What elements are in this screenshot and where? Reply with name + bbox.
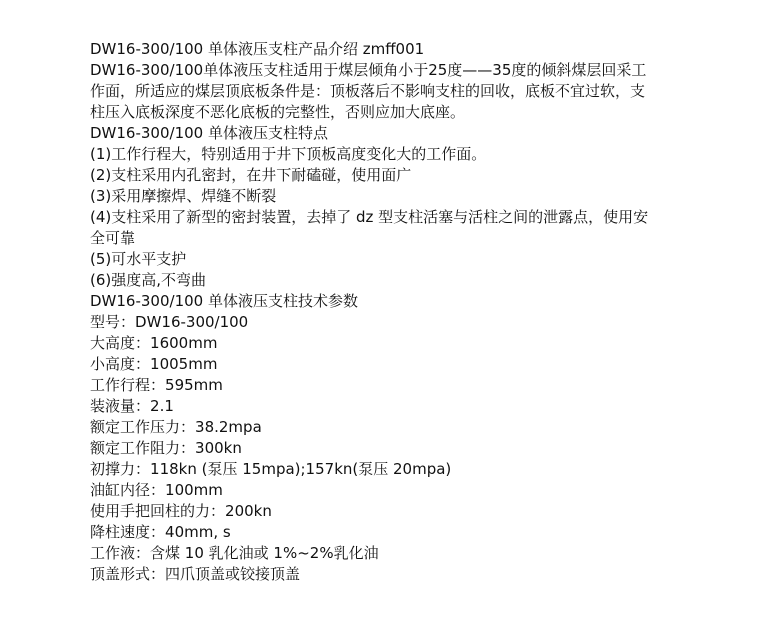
spec-row: 初撑力：118kn (泵压 15mpa);157kn(泵压 20mpa)	[90, 459, 650, 480]
spec-value: 200kn	[225, 502, 272, 520]
spec-value: 118kn (泵压 15mpa);157kn(泵压 20mpa)	[150, 460, 451, 478]
spec-separator: ：	[120, 313, 135, 331]
spec-label: 顶盖形式	[90, 565, 150, 583]
spec-row: 大高度：1600mm	[90, 333, 650, 354]
spec-separator: ：	[135, 544, 150, 562]
features-heading: DW16-300/100 单体液压支柱特点	[90, 123, 650, 144]
spec-label: 初撑力	[90, 460, 135, 478]
feature-item: (5)可水平支护	[90, 249, 650, 270]
spec-label: 油缸内径	[90, 481, 150, 499]
spec-separator: ：	[180, 418, 195, 436]
spec-value: 1005mm	[150, 355, 217, 373]
spec-value: 40mm, s	[165, 523, 231, 541]
spec-value: 595mm	[165, 376, 223, 394]
spec-separator: ：	[150, 481, 165, 499]
feature-item: (3)采用摩擦焊、焊缝不断裂	[90, 186, 650, 207]
feature-item: (4)支柱采用了新型的密封装置，去掉了 dz 型支柱活塞与活柱之间的泄露点，使用…	[90, 207, 650, 249]
spec-row: 额定工作阻力：300kn	[90, 438, 650, 459]
spec-row: 工作行程：595mm	[90, 375, 650, 396]
spec-separator: ：	[135, 397, 150, 415]
feature-item: (6)强度高,不弯曲	[90, 270, 650, 291]
spec-row: 工作液：含煤 10 乳化油或 1%~2%乳化油	[90, 543, 650, 564]
spec-separator: ：	[150, 565, 165, 583]
spec-label: 装液量	[90, 397, 135, 415]
spec-label: 大高度	[90, 334, 135, 352]
feature-item: (2)支柱采用内孔密封，在井下耐磕碰，使用面广	[90, 165, 650, 186]
document-body: DW16-300/100 单体液压支柱产品介绍 zmff001 DW16-300…	[90, 39, 650, 585]
spec-label: 降柱速度	[90, 523, 150, 541]
spec-label: 型号	[90, 313, 120, 331]
spec-row: 额定工作压力：38.2mpa	[90, 417, 650, 438]
spec-label: 工作液	[90, 544, 135, 562]
spec-label: 小高度	[90, 355, 135, 373]
feature-item: (1)工作行程大，特别适用于井下顶板高度变化大的工作面。	[90, 144, 650, 165]
spec-value: 38.2mpa	[195, 418, 262, 436]
document-title: DW16-300/100 单体液压支柱产品介绍 zmff001	[90, 39, 650, 60]
spec-label: 使用手把回柱的力	[90, 502, 210, 520]
spec-row: 顶盖形式：四爪顶盖或铰接顶盖	[90, 564, 650, 585]
spec-separator: ：	[150, 376, 165, 394]
spec-value: 含煤 10 乳化油或 1%~2%乳化油	[150, 544, 379, 562]
spec-value: DW16-300/100	[135, 313, 248, 331]
spec-separator: ：	[180, 439, 195, 457]
spec-separator: ：	[210, 502, 225, 520]
specs-heading: DW16-300/100 单体液压支柱技术参数	[90, 291, 650, 312]
spec-label: 额定工作压力	[90, 418, 180, 436]
spec-value: 四爪顶盖或铰接顶盖	[165, 565, 300, 583]
spec-value: 2.1	[150, 397, 174, 415]
spec-row: 型号：DW16-300/100	[90, 312, 650, 333]
spec-label: 工作行程	[90, 376, 150, 394]
spec-value: 100mm	[165, 481, 223, 499]
spec-value: 1600mm	[150, 334, 217, 352]
spec-separator: ：	[135, 355, 150, 373]
spec-label: 额定工作阻力	[90, 439, 180, 457]
spec-value: 300kn	[195, 439, 242, 457]
intro-paragraph: DW16-300/100单体液压支柱适用于煤层倾角小于25度——35度的倾斜煤层…	[90, 60, 650, 123]
spec-row: 使用手把回柱的力：200kn	[90, 501, 650, 522]
spec-row: 油缸内径：100mm	[90, 480, 650, 501]
spec-separator: ：	[135, 460, 150, 478]
spec-separator: ：	[150, 523, 165, 541]
spec-row: 降柱速度：40mm, s	[90, 522, 650, 543]
spec-row: 装液量：2.1	[90, 396, 650, 417]
spec-row: 小高度：1005mm	[90, 354, 650, 375]
spec-separator: ：	[135, 334, 150, 352]
